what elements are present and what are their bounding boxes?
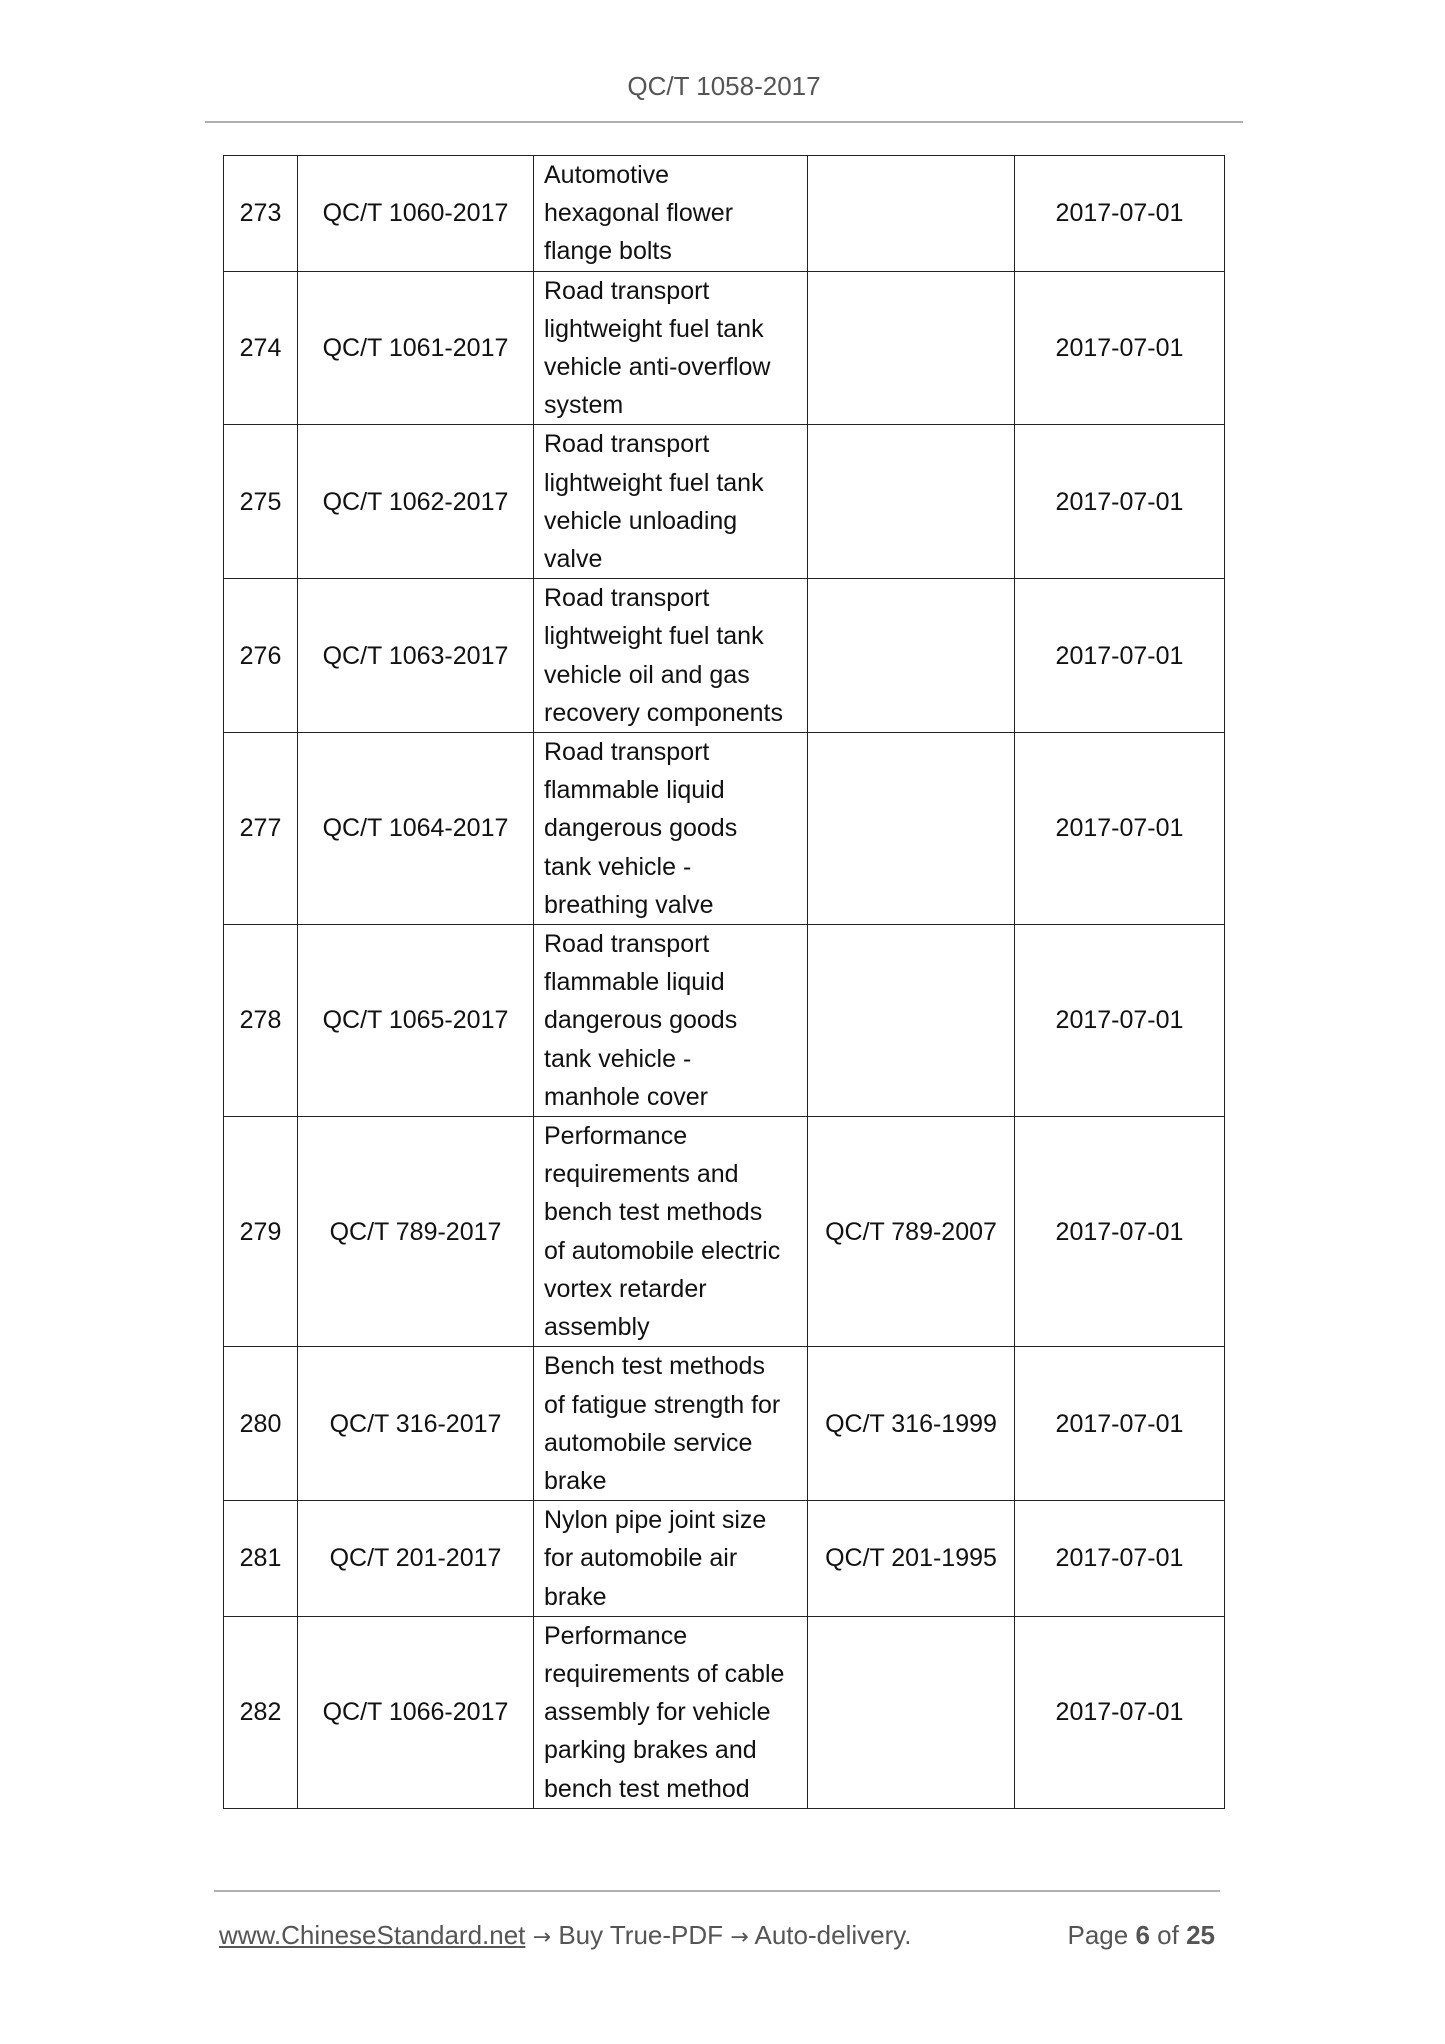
standard-code: QC/T 1063-2017: [298, 579, 534, 733]
standard-name-line: Road transport: [544, 425, 797, 463]
standard-code: QC/T 316-2017: [298, 1347, 534, 1501]
row-number: 276: [224, 579, 298, 733]
standard-name-line: requirements and: [544, 1155, 797, 1193]
implementation-date: 2017-07-01: [1015, 1501, 1225, 1617]
standard-name-line: automobile service: [544, 1424, 797, 1462]
replaced-standard: [808, 156, 1015, 272]
footer-divider: [214, 1890, 1220, 1892]
standard-name-line: assembly: [544, 1308, 797, 1346]
implementation-date: 2017-07-01: [1015, 1616, 1225, 1808]
standard-name: Nylon pipe joint sizefor automobile airb…: [534, 1501, 808, 1617]
standard-code: QC/T 1062-2017: [298, 425, 534, 579]
implementation-date: 2017-07-01: [1015, 1347, 1225, 1501]
standard-name-line: Performance: [544, 1617, 797, 1655]
replaced-standard: [808, 733, 1015, 925]
replaced-standard: QC/T 201-1995: [808, 1501, 1015, 1617]
implementation-date: 2017-07-01: [1015, 733, 1225, 925]
table-row: 280QC/T 316-2017Bench test methodsof fat…: [224, 1347, 1225, 1501]
replaced-standard: [808, 271, 1015, 425]
standard-name: Road transportlightweight fuel tankvehic…: [534, 425, 808, 579]
standard-name-line: dangerous goods: [544, 1001, 797, 1039]
standard-name: Road transportflammable liquiddangerous …: [534, 733, 808, 925]
standard-code: QC/T 789-2017: [298, 1117, 534, 1347]
standard-name-line: dangerous goods: [544, 809, 797, 847]
table-row: 273QC/T 1060-2017Automotivehexagonal flo…: [224, 156, 1225, 272]
standard-code: QC/T 1061-2017: [298, 271, 534, 425]
implementation-date: 2017-07-01: [1015, 1117, 1225, 1347]
row-number: 278: [224, 925, 298, 1117]
standard-name-line: hexagonal flower: [544, 194, 797, 232]
table-row: 274QC/T 1061-2017Road transportlightweig…: [224, 271, 1225, 425]
page-of: of: [1157, 1920, 1179, 1950]
standard-code: QC/T 1060-2017: [298, 156, 534, 272]
implementation-date: 2017-07-01: [1015, 579, 1225, 733]
table-row: 279QC/T 789-2017Performancerequirements …: [224, 1117, 1225, 1347]
standard-name-line: tank vehicle -: [544, 848, 797, 886]
standard-name: Road transportlightweight fuel tankvehic…: [534, 579, 808, 733]
standard-name-line: lightweight fuel tank: [544, 464, 797, 502]
standard-name-line: system: [544, 386, 797, 424]
arrow-right-icon: →: [533, 1925, 551, 1950]
implementation-date: 2017-07-01: [1015, 925, 1225, 1117]
standard-name: Performancerequirements andbench test me…: [534, 1117, 808, 1347]
page-total: 25: [1186, 1920, 1215, 1950]
standard-name-line: vortex retarder: [544, 1270, 797, 1308]
standard-name-line: Nylon pipe joint size: [544, 1501, 797, 1539]
standard-name-line: Performance: [544, 1117, 797, 1155]
row-number: 274: [224, 271, 298, 425]
standard-name: Automotivehexagonal flowerflange bolts: [534, 156, 808, 272]
standard-name-line: vehicle oil and gas: [544, 656, 797, 694]
table-row: 277QC/T 1064-2017Road transportflammable…: [224, 733, 1225, 925]
table-row: 275QC/T 1062-2017Road transportlightweig…: [224, 425, 1225, 579]
document-header-title: QC/T 1058-2017: [205, 68, 1243, 104]
page-indicator: Page 6 of 25: [1067, 1918, 1215, 1952]
standard-name-line: valve: [544, 540, 797, 578]
standard-code: QC/T 1064-2017: [298, 733, 534, 925]
standard-name-line: bench test methods: [544, 1193, 797, 1231]
standard-name-line: vehicle anti-overflow: [544, 348, 797, 386]
standard-name: Performancerequirements of cableassembly…: [534, 1616, 808, 1808]
standard-name-line: vehicle unloading: [544, 502, 797, 540]
replaced-standard: [808, 1616, 1015, 1808]
standard-name: Road transportlightweight fuel tankvehic…: [534, 271, 808, 425]
row-number: 273: [224, 156, 298, 272]
standard-name-line: brake: [544, 1578, 797, 1616]
standard-name-line: manhole cover: [544, 1078, 797, 1116]
implementation-date: 2017-07-01: [1015, 156, 1225, 272]
standard-name: Road transportflammable liquiddangerous …: [534, 925, 808, 1117]
buy-true-pdf-text: Buy True-PDF: [558, 1920, 723, 1950]
page-label: Page: [1067, 1920, 1128, 1950]
standard-name-line: requirements of cable: [544, 1655, 797, 1693]
standard-name: Bench test methodsof fatigue strength fo…: [534, 1347, 808, 1501]
standard-name-line: Road transport: [544, 733, 797, 771]
standard-name-line: lightweight fuel tank: [544, 310, 797, 348]
standards-table: 273QC/T 1060-2017Automotivehexagonal flo…: [223, 155, 1225, 1809]
standard-name-line: of fatigue strength for: [544, 1386, 797, 1424]
replaced-standard: QC/T 789-2007: [808, 1117, 1015, 1347]
row-number: 282: [224, 1616, 298, 1808]
standard-name-line: tank vehicle -: [544, 1040, 797, 1078]
page-current: 6: [1135, 1920, 1149, 1950]
standard-name-line: parking brakes and: [544, 1731, 797, 1769]
standard-code: QC/T 201-2017: [298, 1501, 534, 1617]
standard-code: QC/T 1066-2017: [298, 1616, 534, 1808]
standard-name-line: recovery components: [544, 694, 797, 732]
replaced-standard: [808, 579, 1015, 733]
arrow-right-icon: →: [730, 1925, 748, 1950]
standard-name-line: Road transport: [544, 925, 797, 963]
implementation-date: 2017-07-01: [1015, 271, 1225, 425]
standard-name-line: flammable liquid: [544, 771, 797, 809]
header-divider: [205, 121, 1243, 123]
row-number: 280: [224, 1347, 298, 1501]
replaced-standard: QC/T 316-1999: [808, 1347, 1015, 1501]
auto-delivery-text: Auto-delivery.: [755, 1920, 912, 1950]
standard-code: QC/T 1065-2017: [298, 925, 534, 1117]
row-number: 277: [224, 733, 298, 925]
table-row: 282QC/T 1066-2017Performancerequirements…: [224, 1616, 1225, 1808]
table-row: 281QC/T 201-2017Nylon pipe joint sizefor…: [224, 1501, 1225, 1617]
implementation-date: 2017-07-01: [1015, 425, 1225, 579]
standard-name-line: for automobile air: [544, 1539, 797, 1577]
standard-name-line: Automotive: [544, 156, 797, 194]
standards-table-body: 273QC/T 1060-2017Automotivehexagonal flo…: [224, 156, 1225, 1809]
standard-name-line: breathing valve: [544, 886, 797, 924]
standard-name-line: lightweight fuel tank: [544, 617, 797, 655]
standard-name-line: of automobile electric: [544, 1232, 797, 1270]
table-row: 278QC/T 1065-2017Road transportflammable…: [224, 925, 1225, 1117]
row-number: 281: [224, 1501, 298, 1617]
standard-name-line: assembly for vehicle: [544, 1693, 797, 1731]
row-number: 275: [224, 425, 298, 579]
standard-name-line: bench test method: [544, 1770, 797, 1808]
replaced-standard: [808, 425, 1015, 579]
standard-name-line: Road transport: [544, 579, 797, 617]
standard-name-line: Bench test methods: [544, 1347, 797, 1385]
standard-name-line: brake: [544, 1462, 797, 1500]
standard-name-line: flange bolts: [544, 232, 797, 270]
row-number: 279: [224, 1117, 298, 1347]
table-row: 276QC/T 1063-2017Road transportlightweig…: [224, 579, 1225, 733]
replaced-standard: [808, 925, 1015, 1117]
website-link[interactable]: www.ChineseStandard.net: [219, 1920, 525, 1950]
standard-name-line: Road transport: [544, 272, 797, 310]
page-footer: www.ChineseStandard.net → Buy True-PDF →…: [219, 1918, 1219, 1955]
standard-name-line: flammable liquid: [544, 963, 797, 1001]
